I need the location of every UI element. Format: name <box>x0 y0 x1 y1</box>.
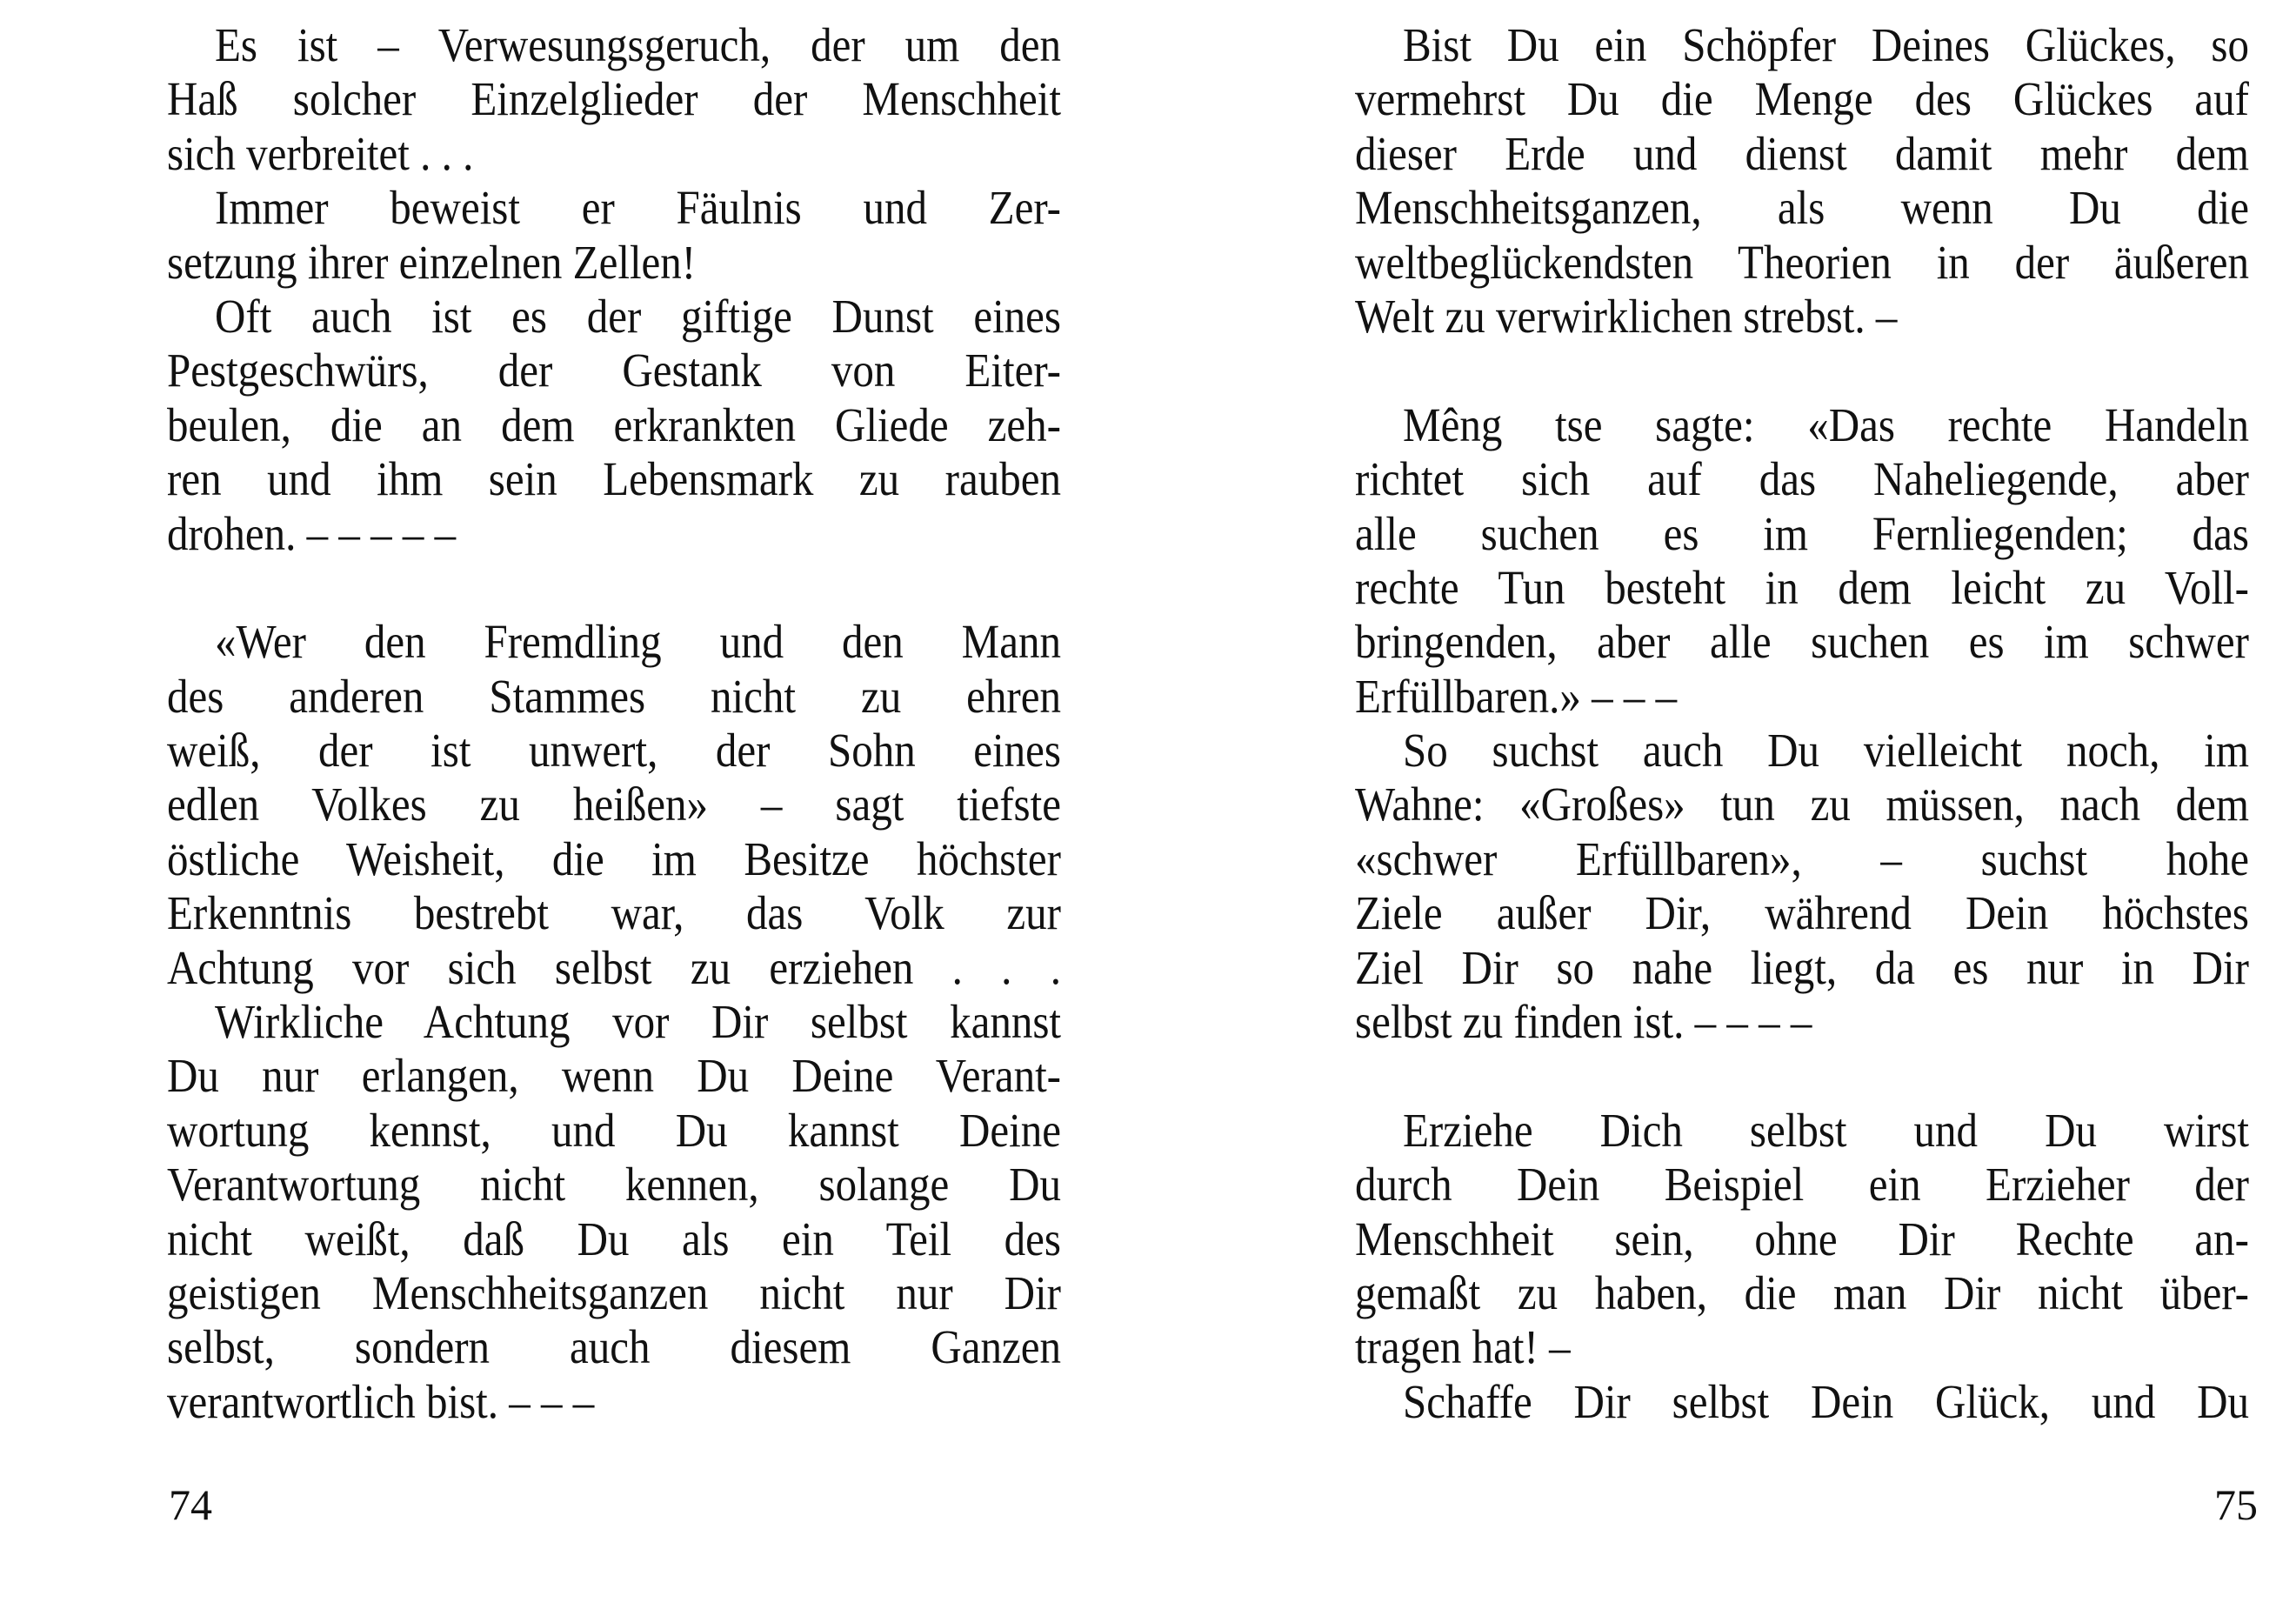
text-line: geistigen Menschheitsganzen nicht nur Di… <box>167 1263 1061 1324</box>
text-line: Ziel Dir so nahe liegt, da es nur in Dir <box>1355 938 2249 998</box>
text-line: gemaßt zu haben, die man Dir nicht über- <box>1355 1263 2249 1324</box>
text-line: «Wer den Fremdling und den Mann <box>167 612 1061 673</box>
text-line: wortung kennst, und Du kannst Deine <box>167 1100 1061 1161</box>
text-line: beulen, die an dem erkrankten Gliede zeh… <box>167 395 1061 456</box>
text-line: nicht weißt, daß Du als ein Teil des <box>167 1209 1061 1270</box>
book-spread: Es ist – Verwesungsgeruch, der um denHaß… <box>0 0 2296 1609</box>
text-line: sich verbreitet . . . <box>167 124 1061 184</box>
left-page: Es ist – Verwesungsgeruch, der um denHaß… <box>0 0 1148 1609</box>
text-line: weltbeglückendsten Theorien in der äußer… <box>1355 232 2249 293</box>
text-line: Welt zu verwirklichen strebst. – <box>1355 286 2249 347</box>
text-line: Erfüllbaren.» – – – <box>1355 666 2249 727</box>
text-line: rechte Tun besteht in dem leicht zu Voll… <box>1355 557 2249 618</box>
text-line: vermehrst Du die Menge des Glückes auf <box>1355 70 2249 130</box>
text-line: Achtung vor sich selbst zu erziehen . . … <box>167 938 1061 998</box>
text-line: Wirkliche Achtung vor Dir selbst kannst <box>167 992 1061 1053</box>
text-line: setzung ihrer einzelnen Zellen! <box>167 232 1061 293</box>
text-line: Haß solcher Einzelglieder der Menschheit <box>167 70 1061 130</box>
text-line: des anderen Stammes nicht zu ehren <box>167 666 1061 727</box>
text-line: selbst zu finden ist. – – – – <box>1355 992 2249 1053</box>
text-line: Schaffe Dir selbst Dein Glück, und Du <box>1355 1372 2249 1432</box>
text-line: Wahne: «Großes» tun zu müssen, nach dem <box>1355 775 2249 836</box>
text-line: Du nur erlangen, wenn Du Deine Verant- <box>167 1046 1061 1107</box>
text-line: verantwortlich bist. – – – <box>167 1372 1061 1432</box>
text-line: Verantwortung nicht kennen, solange Du <box>167 1155 1061 1216</box>
text-line: durch Dein Beispiel ein Erzieher der <box>1355 1155 2249 1216</box>
blank-line <box>1355 1046 2249 1107</box>
text-line: Erkenntnis bestrebt war, das Volk zur <box>167 884 1061 945</box>
right-page-text: Bist Du ein Schöpfer Deines Glückes, sov… <box>1355 19 2249 1430</box>
text-line: Ziele außer Dir, während Dein höchstes <box>1355 884 2249 945</box>
text-line: selbst, sondern auch diesem Ganzen <box>167 1318 1061 1379</box>
text-line: richtet sich auf das Naheliegende, aber <box>1355 450 2249 511</box>
text-line: bringenden, aber alle suchen es im schwe… <box>1355 612 2249 673</box>
text-line: Immer beweist er Fäulnis und Zer- <box>167 178 1061 239</box>
text-line: Erziehe Dich selbst und Du wirst <box>1355 1100 2249 1161</box>
text-line: edlen Volkes zu heißen» – sagt tiefste <box>167 775 1061 836</box>
blank-line <box>167 557 1061 618</box>
text-line: Mêng tse sagte: «Das rechte Handeln <box>1355 395 2249 456</box>
blank-line <box>1355 341 2249 402</box>
page-number-left: 74 <box>169 1479 212 1531</box>
text-line: ren und ihm sein Lebensmark zu rauben <box>167 450 1061 511</box>
text-line: Menschheitsganzen, als wenn Du die <box>1355 178 2249 239</box>
text-line: Bist Du ein Schöpfer Deines Glückes, so <box>1355 16 2249 77</box>
text-line: weiß, der ist unwert, der Sohn eines <box>167 721 1061 782</box>
page-number-right: 75 <box>2214 1479 2258 1531</box>
left-page-text: Es ist – Verwesungsgeruch, der um denHaß… <box>167 19 1061 1430</box>
right-page: Bist Du ein Schöpfer Deines Glückes, sov… <box>1148 0 2296 1609</box>
text-line: dieser Erde und dienst damit mehr dem <box>1355 124 2249 184</box>
text-line: alle suchen es im Fernliegenden; das <box>1355 504 2249 564</box>
text-line: «schwer Erfüllbaren», – suchst hohe <box>1355 829 2249 890</box>
text-line: tragen hat! – <box>1355 1318 2249 1379</box>
text-line: östliche Weisheit, die im Besitze höchst… <box>167 829 1061 890</box>
text-line: drohen. – – – – – <box>167 504 1061 564</box>
text-line: Oft auch ist es der giftige Dunst eines <box>167 286 1061 347</box>
text-line: So suchst auch Du vielleicht noch, im <box>1355 721 2249 782</box>
text-line: Menschheit sein, ohne Dir Rechte an- <box>1355 1209 2249 1270</box>
text-line: Pestgeschwürs, der Gestank von Eiter- <box>167 341 1061 402</box>
text-line: Es ist – Verwesungsgeruch, der um den <box>167 16 1061 77</box>
